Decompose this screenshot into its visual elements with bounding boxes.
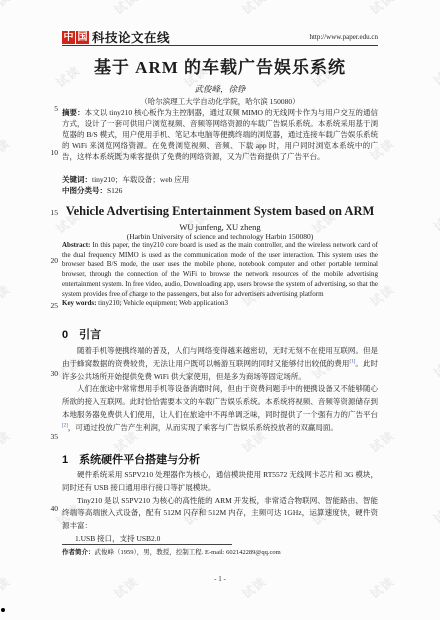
affiliation-en: (Harbin University of science and techno… [0, 232, 440, 241]
line-number: 15 [40, 208, 58, 217]
abstract-label: 摘要： [62, 108, 85, 117]
abstract-en-paragraph: Abstract: In this paper, the tiny210 cor… [62, 241, 378, 299]
section-heading-intro: 0 引言 [62, 326, 378, 342]
author-bio-text: 武俊峰（1959），男，教授，控制工程. E-mail: 602142289@q… [95, 549, 281, 556]
watermark-text: 试读 [367, 0, 398, 18]
line-number: 20 [40, 256, 58, 265]
page-title: 基于 ARM 的车载广告娱乐系统 [0, 53, 440, 78]
keywords-en: Key words: tiny210; Vehicle equipment; W… [62, 299, 378, 309]
clc-value: S126 [107, 186, 122, 195]
page-title-en: Vehicle Advertising Entertainment System… [0, 204, 440, 219]
watermark-text: 试读 [111, 0, 142, 18]
watermark-text: 试读 [0, 0, 13, 18]
watermark-text: 试读 [0, 281, 13, 310]
intro-p2-tail: ，可通过投放广告产生利润，从而实现了乘客与广告娱乐系统投放者的双赢局面。 [68, 423, 338, 432]
author-bio-label: 作者简介： [62, 549, 95, 556]
logo-text: 科技论文在线 [92, 28, 170, 46]
paper-page: 试读试读试读试读试读试读试读试读试读试读试读试读试读试读试读试读试读试读试读试读… [0, 0, 440, 620]
intro-p2-text: 人们在旅途中常常想用手机等设备消磨时间，但由于资费问题手中的便携设备又不能够随心… [62, 384, 378, 419]
abstract-en: Abstract: In this paper, the tiny210 cor… [62, 241, 378, 309]
logo-guo-block: 国 [76, 31, 89, 44]
logo-zhong-block: 中 [62, 31, 75, 44]
line-number: 40 [40, 504, 58, 513]
line-number: 30 [40, 369, 58, 378]
abstract-en-text: In this paper, the tiny210 core board is… [62, 241, 378, 298]
intro-paragraph-2: 人们在旅途中常常想用手机等设备消磨时间，但由于资费问题手中的便携设备又不能够随心… [62, 383, 378, 434]
page-number: - 1 - [0, 575, 440, 583]
hardware-paragraph-1: 硬件系统采用 S5PV210 处理器作为核心，通信模块使用 RT5572 无线网… [62, 469, 378, 495]
line-number: 35 [40, 432, 58, 441]
clc-number: 中图分类号：S126 [62, 185, 378, 196]
watermark-text: 试读 [239, 0, 270, 18]
keywords-en-label: Key words: [62, 299, 96, 307]
section-hardware-body: 硬件系统采用 S5PV210 处理器作为核心，通信模块使用 RT5572 无线网… [62, 469, 378, 533]
header-rule [62, 45, 378, 46]
keywords-cn: 关键词：tiny210；车载设备；web 应用 [62, 174, 378, 185]
author-bio: 作者简介：武俊峰（1959），男，教授，控制工程. E-mail: 602142… [62, 548, 378, 557]
hardware-paragraph-2: Tiny210 是以 S5PV210 为核心的高性能的 ARM 开发板，非常适合… [62, 495, 378, 533]
abstract-text: 本文以 tiny210 核心板作为主控制器，通过双频 MIMO 的无线网卡作为与… [62, 108, 378, 161]
section-heading-hardware: 1 系统硬件平台搭建与分析 [62, 451, 378, 467]
authors-en: WU junfeng, XU zheng [0, 222, 440, 232]
abstract-en-label: Abstract: [62, 241, 90, 249]
watermark-text: 试读 [0, 135, 13, 164]
line-number: 10 [40, 148, 58, 157]
line-number: 5 [40, 104, 58, 113]
site-url: http://www.paper.edu.cn [309, 33, 378, 41]
intro-p1-text: 随着手机等便携终端的普及，人们与网络变得越来越密切，无时无刻不在使用互联网。但是… [62, 346, 378, 368]
site-logo: 中 国 科技论文在线 [62, 28, 170, 46]
clc-label: 中图分类号： [62, 186, 107, 195]
abstract-cn: 摘要：本文以 tiny210 核心板作为主控制器，通过双频 MIMO 的无线网卡… [62, 107, 378, 162]
keywords-label: 关键词： [62, 175, 92, 184]
watermark-text: 试读 [0, 427, 13, 456]
authors: 武俊峰，徐铮 [0, 83, 440, 95]
keywords-text: tiny210；车载设备；web 应用 [92, 175, 189, 184]
section-intro-body: 随着手机等便携终端的普及，人们与网络变得越来越密切，无时无刻不在使用互联网。但是… [62, 345, 378, 435]
affiliation: （哈尔滨理工大学自动化学院，哈尔滨 150080） [0, 96, 440, 107]
scan-artifact-dot [1, 608, 5, 612]
watermark-text: 试读 [430, 360, 440, 395]
hardware-list-item-usb: 1.USB 接口，支持 USB2.0 [75, 533, 160, 544]
keywords-en-text: tiny210; Vehicle equipment; Web applicat… [98, 299, 228, 307]
footnote-rule [62, 544, 232, 545]
intro-paragraph-1: 随着手机等便携终端的普及，人们与网络变得越来越密切，无时无刻不在使用互联网。但是… [62, 345, 378, 383]
watermark-text: 试读 [430, 506, 440, 541]
line-number: 25 [40, 301, 58, 310]
